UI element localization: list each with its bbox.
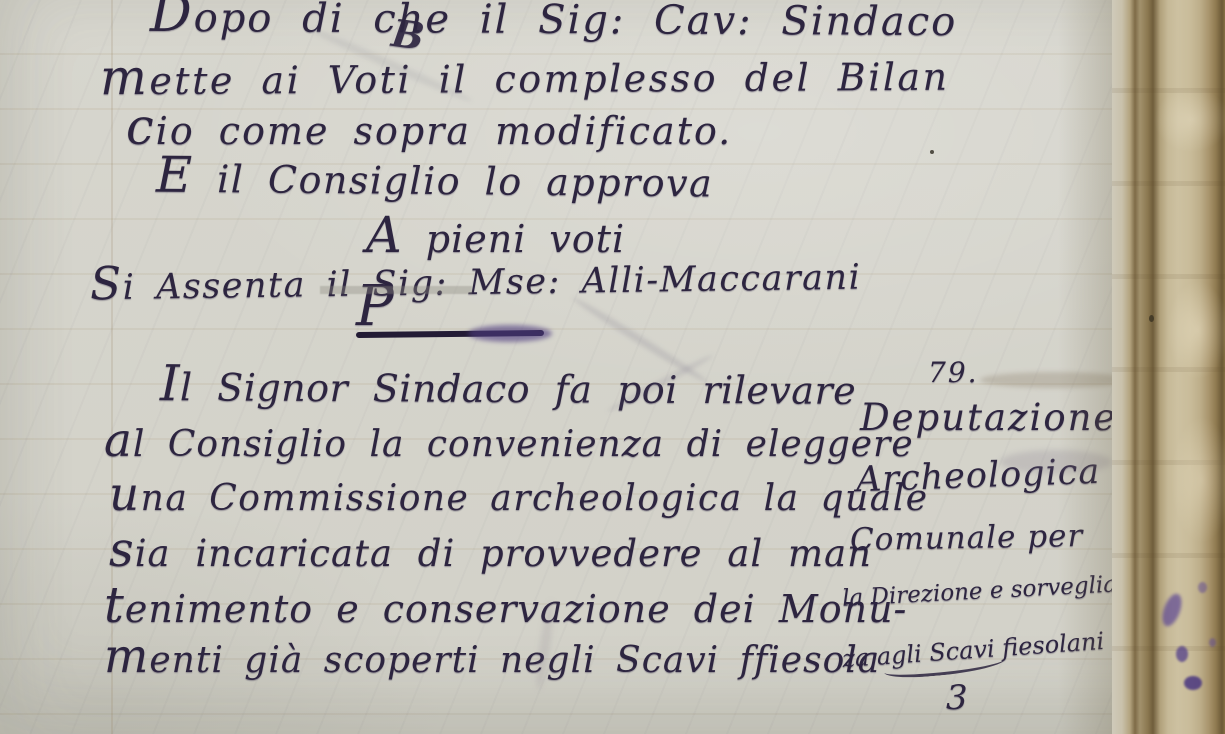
ink-flourish: B — [389, 10, 427, 59]
text-line: menti già scoperti negli Scavi ffiesola — [104, 630, 880, 684]
text-line: sia incaricata di provvedere al man — [109, 522, 872, 578]
gutter-shadow — [1058, 0, 1112, 734]
text-line: una Commissione archeologica la quale — [109, 468, 929, 522]
text-line: al Consiglio la convenienza di eleggere — [104, 414, 914, 468]
erasure-mark — [320, 286, 472, 294]
manuscript-page: Dopo di che il Sig: Cav: Sindaco mette a… — [0, 0, 1225, 734]
margin-item-number: 79. — [928, 356, 979, 389]
margin-note-line: Comunale per — [850, 518, 1084, 558]
text-line: Si Assenta il Sig: Mse: Alli-Maccarani — [90, 247, 862, 311]
text-line: tenimento e conservazione dei Monu- — [104, 576, 907, 634]
text-line: Dopo di che il Sig: Cav: Sindaco — [150, 0, 958, 48]
text-line: Il Signor Sindaco fa poi rilevare — [160, 354, 857, 416]
book-page-edge — [1112, 0, 1225, 734]
ink-speck — [930, 150, 934, 154]
paragraph-flourish: P — [356, 274, 394, 339]
text-line: mette ai Voti il complesso del Bilan — [100, 44, 950, 106]
text-line: E il Consiglio lo approva — [156, 146, 714, 209]
margin-flourish-numeral: 3 — [946, 678, 968, 718]
ink-smudge — [468, 325, 552, 342]
